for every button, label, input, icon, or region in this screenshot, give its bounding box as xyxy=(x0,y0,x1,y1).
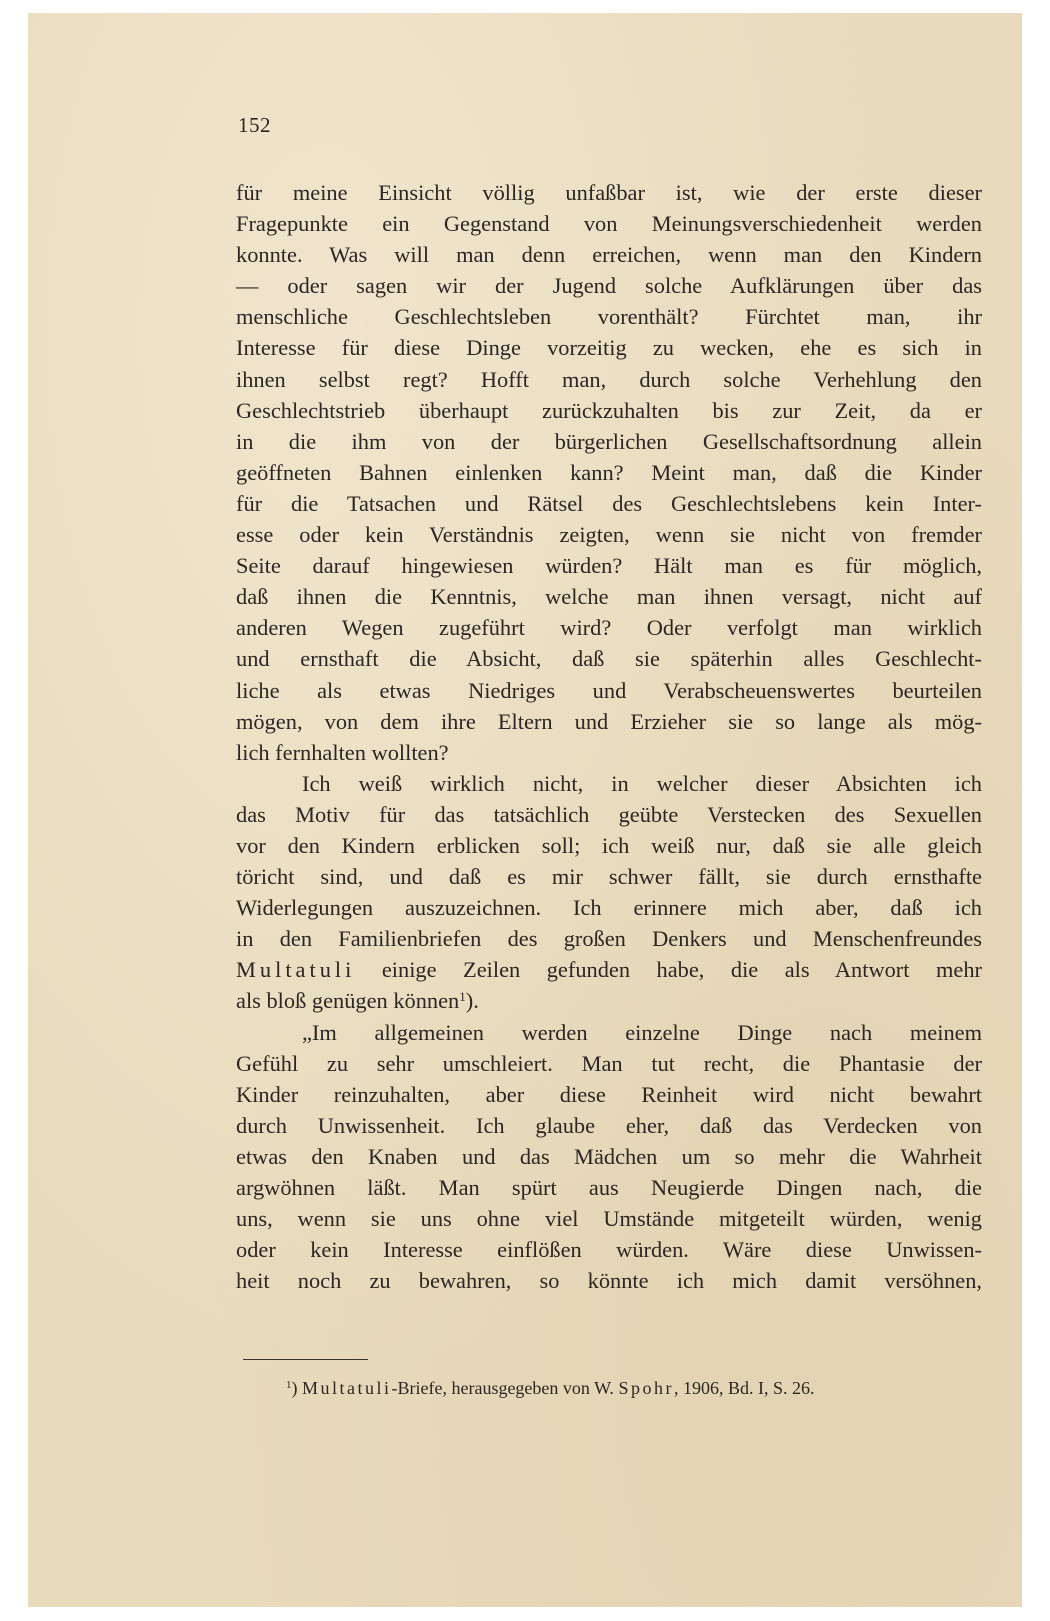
text-line-paragraph-start: Ich weiß wirklich nicht, in welcher dies… xyxy=(236,768,982,799)
text-fragment: einige Zeilen gefunden habe, die als Ant… xyxy=(382,957,982,982)
text-line: in die ihm von der bürgerlichen Gesellsc… xyxy=(236,426,982,457)
text-line-paragraph-end: lich fernhalten wollten? xyxy=(236,737,982,768)
text-line: das Motiv für das tatsächlich geübte Ver… xyxy=(236,799,982,830)
text-line: — oder sagen wir der Jugend solche Aufkl… xyxy=(236,270,982,301)
text-line: Fragepunkte ein Gegenstand von Meinungsv… xyxy=(236,208,982,239)
text-line: Gefühl zu sehr umschleiert. Man tut rech… xyxy=(236,1048,982,1079)
text-line: in den Familienbriefen des großen Denker… xyxy=(236,923,982,954)
footnote-editor-spaced: Spohr xyxy=(618,1378,674,1398)
text-line: geöffneten Bahnen einlenken kann? Meint … xyxy=(236,457,982,488)
text-fragment: ). xyxy=(466,988,479,1013)
text-line: für die Tatsachen und Rätsel des Geschle… xyxy=(236,488,982,519)
text-line: für meine Einsicht völlig unfaßbar ist, … xyxy=(236,177,982,208)
text-line: menschliche Geschlechtsleben vorenthält?… xyxy=(236,301,982,332)
text-line-paragraph-end: als bloß genügen können1). xyxy=(236,985,982,1016)
text-line: esse oder kein Verständnis zeigten, wenn… xyxy=(236,519,982,550)
footnote-text: -Briefe, herausgegeben von W. xyxy=(392,1378,614,1398)
footnote-text-end: , 1906, Bd. I, S. 26. xyxy=(674,1378,815,1398)
text-line: ihnen selbst regt? Hofft man, durch solc… xyxy=(236,364,982,395)
text-line: etwas den Knaben und das Mädchen um so m… xyxy=(236,1141,982,1172)
text-line: anderen Wegen zugeführt wird? Oder verfo… xyxy=(236,612,982,643)
text-line: durch Unwissenheit. Ich glaube eher, daß… xyxy=(236,1110,982,1141)
text-line-paragraph-start: „Im allgemeinen werden einzelne Dinge na… xyxy=(236,1017,982,1048)
text-line: Geschlechtstrieb überhaupt zurückzuhalte… xyxy=(236,395,982,426)
text-line: Kinder reinzuhalten, aber diese Reinheit… xyxy=(236,1079,982,1110)
text-line: und ernsthaft die Absicht, daß sie späte… xyxy=(236,643,982,674)
text-fragment: als bloß genügen können xyxy=(236,988,459,1013)
text-line: daß ihnen die Kenntnis, welche man ihnen… xyxy=(236,581,982,612)
footnote-marker-suffix: ) xyxy=(292,1378,298,1398)
text-line: konnte. Was will man denn erreichen, wen… xyxy=(236,239,982,270)
author-name-spaced: Multatuli xyxy=(236,957,355,982)
text-line: liche als etwas Niedriges und Verabscheu… xyxy=(236,675,982,706)
footnote: 1) Multatuli-Briefe, herausgegeben von W… xyxy=(286,1376,986,1400)
text-line: Seite darauf hingewiesen würden? Hält ma… xyxy=(236,550,982,581)
text-line-with-name: Multatuli einige Zeilen gefunden habe, d… xyxy=(236,954,982,985)
page-number: 152 xyxy=(238,113,271,138)
text-line: töricht sind, und daß es mir schwer fäll… xyxy=(236,861,982,892)
body-text: für meine Einsicht völlig unfaßbar ist, … xyxy=(236,177,982,1296)
text-line: Interesse für diese Dinge vorzeitig zu w… xyxy=(236,332,982,363)
text-line: heit noch zu bewahren, so könnte ich mic… xyxy=(236,1265,982,1296)
book-page: 152 für meine Einsicht völlig unfaßbar i… xyxy=(28,13,1022,1607)
text-line: mögen, von dem ihre Eltern und Erzieher … xyxy=(236,706,982,737)
text-line: argwöhnen läßt. Man spürt aus Neugierde … xyxy=(236,1172,982,1203)
text-line: Widerlegungen auszuzeichnen. Ich erinner… xyxy=(236,892,982,923)
text-line: oder kein Interesse einflößen würden. Wä… xyxy=(236,1234,982,1265)
text-line: vor den Kindern erblicken soll; ich weiß… xyxy=(236,830,982,861)
text-line: uns, wenn sie uns ohne viel Umstände mit… xyxy=(236,1203,982,1234)
footnote-divider xyxy=(243,1359,368,1360)
footnote-author-spaced: Multatuli xyxy=(302,1378,392,1398)
